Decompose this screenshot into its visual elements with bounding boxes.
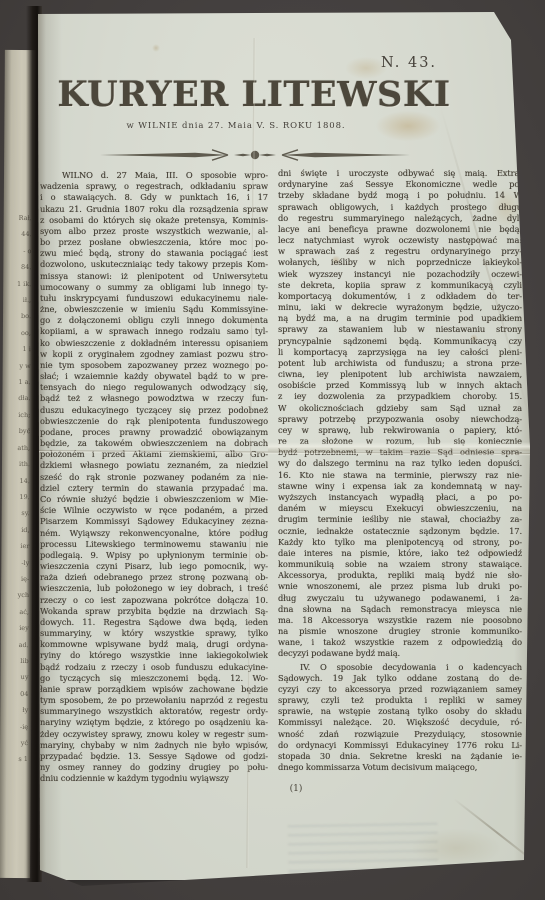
text-line: sześć do rąk stronie pozwaney podaném za… xyxy=(40,472,268,483)
text-line: Każdy kto tylko ma plenipotencyą od stro… xyxy=(278,537,522,548)
text-line: lacye ani beneficya prawne dozwolonemi n… xyxy=(278,224,522,235)
text-line: kommunikuią sobie na wzaiem strony stawa… xyxy=(278,559,522,570)
text-line: daie interes na pismie, które, iako też … xyxy=(278,548,522,559)
text-line: z iey dozwolenia za przypadkiem choroby.… xyxy=(278,391,522,402)
text-line: będzie, za takowém obwieszczeniem na dob… xyxy=(40,438,268,449)
text-line: dna słowna na Sądach remonstracya mieysc… xyxy=(278,604,522,615)
text-line: tensyach do niego regulowanych odwodzący… xyxy=(40,382,268,393)
text-line: wieszczenia czyni Pisarz, lub iego pomoc… xyxy=(40,561,268,572)
dateline: w WILNIE dnia 27. Maia V. S. ROKU 1808. xyxy=(36,121,436,131)
text-line: w sprawach zaś z regestru ordynaryinego … xyxy=(278,246,522,257)
text-line: podane, proces prawny prowadzić obowiąza… xyxy=(40,427,268,438)
text-line: ną bydź ma, a na drugim terminie pod upa… xyxy=(278,313,522,324)
text-line: i o stawaiących. 8. Gdy w punktach 16, i… xyxy=(40,192,268,203)
photo-background: Rał.44.- o84.1 ik.ił.,bo.oo,1 iy w1 a.dł… xyxy=(0,0,545,900)
issue-number: N. 43. xyxy=(381,55,471,71)
text-line: stopada 30 dnia. Sekretne kreski na żąda… xyxy=(278,751,522,762)
text-line: sprawach obligowych, i każdych prostego … xyxy=(278,202,522,213)
text-line: sprawie, na wstępie zostaną tylko osoby … xyxy=(278,706,522,717)
text-line: potent lub archiwista od funduszu; a str… xyxy=(278,358,522,369)
text-line: podlegaią. 9. Wpisy po upłynionym termin… xyxy=(40,550,268,561)
text-line: missya stanowi: iż plenipotent od Uniwer… xyxy=(40,271,268,282)
text-line: yć xyxy=(2,735,28,752)
text-line: summaryiny, w który wszystkie sprawy, ty… xyxy=(40,628,268,639)
text-line: z osobami do których się okaże pretensya… xyxy=(40,215,268,226)
text-line: summaryinego wszystkich aktoratów, reges… xyxy=(40,706,268,717)
text-line: go tyczących się mieszczonemi będą. 12. … xyxy=(40,673,268,684)
text-line: w kopii z oryginałem zgodney zamiast poz… xyxy=(40,349,268,360)
text-line: słać; i wzaiemnie każdy obywatel bądź to… xyxy=(40,371,268,382)
text-line: 04 xyxy=(2,686,28,703)
text-line: dzkiemi własnego powiatu zeznaném, za ni… xyxy=(40,460,268,471)
text-line: s 1 xyxy=(2,751,28,768)
text-line: Co równie służyć będzie i obwieszczeniom… xyxy=(40,494,268,505)
text-line: Akcessorya, produkta, repliki maią bydź … xyxy=(278,570,522,581)
text-line: Kommissyi należące. 20. Większość decydu… xyxy=(278,717,522,728)
text-line: bo przez posłane obwieszczenia, które mo… xyxy=(40,237,268,248)
text-line: -ię xyxy=(2,718,28,735)
text-line: IV. O sposobie decydowania i o kadencyac… xyxy=(278,662,522,673)
text-line: go z dołączonemi obligu czyli innego dok… xyxy=(40,315,268,326)
text-line: ste dekreta, kopiia spraw z kommunikacyą… xyxy=(278,280,522,291)
text-line: decyzyi podawane bydź maią. xyxy=(278,648,522,659)
text-line: WILNO d. 27 Maia, III. O sposobie wpro- xyxy=(40,170,268,181)
text-line: wnie wnoszonemi, ale przez pisma lub dru… xyxy=(278,581,522,592)
text-line: kopiiami, a w sprawach innego rodzaiu sa… xyxy=(40,326,268,337)
text-line: bądź też z własnego powodztwa w rzeczy f… xyxy=(40,393,268,404)
text-line: ły xyxy=(2,702,28,719)
text-line: syom albo przez proste wszystkich wezwan… xyxy=(40,226,268,237)
left-column: WILNO d. 27 Maia, III. O sposobie wpro-w… xyxy=(40,168,268,784)
repaired-tear xyxy=(268,442,530,452)
text-line: dniu codziennie w każdym tygodniu wyiąws… xyxy=(40,773,268,784)
text-line: rzeczy o co iest zapozwana pokrótce dołą… xyxy=(40,595,268,606)
page-signature: (1) xyxy=(266,784,326,794)
divider-ornament xyxy=(100,148,410,162)
text-line: trzeby składane bydź mogą i po południu.… xyxy=(278,190,522,201)
text-line: wane, i takoż wszystkie razem z odpowied… xyxy=(278,637,522,648)
text-line: łanie spraw porządkiem wpisów zachowane … xyxy=(40,684,268,695)
article-body: WILNO d. 27 Maia, III. O sposobie wpro-w… xyxy=(40,168,522,784)
text-line: sprawy potrzebę przypozwania osoby niewc… xyxy=(278,414,522,425)
text-line: ny osmey ranney do godziny drugiey po po… xyxy=(40,762,268,773)
text-line: umocowany o summy za obligami lub innego… xyxy=(40,282,268,293)
text-line: li komportacyą zaprzysięga na iey całośc… xyxy=(278,347,522,358)
text-line: uy xyxy=(2,669,28,686)
text-line: daném w mieyscu Exekucyi obwieszczeniu, … xyxy=(278,503,522,514)
text-line: komportacyą dokumentów, i z odkładem do … xyxy=(278,291,522,302)
text-line: kommowne wpisywane bydź maią, drugi ordy… xyxy=(40,639,268,650)
text-line: ko obwieszczenie z dokładném interessu o… xyxy=(40,338,268,349)
text-line: tułu inskrypcyami funduszowi edukacyinem… xyxy=(40,293,268,304)
text-line: pryncypalnie sądzonemi będą. Kommunikacy… xyxy=(278,336,522,347)
text-line: do regestru summaryinego należących, żad… xyxy=(278,213,522,224)
text-line: wieszczenia, lub położonego w iey dobrac… xyxy=(40,583,268,594)
text-line: minu, iaki w dekrecie wyrażonym będzie, … xyxy=(278,302,522,313)
text-line: ad. xyxy=(3,636,29,653)
text-line: dni święte i uroczyste odbywać się maią.… xyxy=(278,168,522,179)
text-line: bądź rodzaiu z rzeczy i osob funduszu ed… xyxy=(40,662,268,673)
text-line: cey w sprawę, lub rekwirowania o papiery… xyxy=(278,425,522,436)
text-line: ma. 18 Akcessorya wszystkie razem nie po… xyxy=(278,615,522,626)
text-line: wność zdań rozwiązuie Prezyduiący, stoso… xyxy=(278,729,522,740)
text-line: naryiny wziętym będzie, z którego po osą… xyxy=(40,717,268,728)
text-line: osobiście przed Kommissyą lub w innych a… xyxy=(278,380,522,391)
text-line: lib xyxy=(3,653,29,670)
text-line: sprawy za stawaniem lub w niestawaniu st… xyxy=(278,324,522,335)
text-line: żdey oczywistey sprawy, znowu koley w re… xyxy=(40,729,268,740)
text-line: maryiny, chybaby w nim żadnych nie było … xyxy=(40,740,268,751)
text-line: wadzenia sprawy, o regestrach, odkładani… xyxy=(40,181,268,192)
text-line: ryiny do którego wszystkie inne iakiegok… xyxy=(40,650,268,661)
text-line: żne, obwieszczenie w imieniu Sądu Kommis… xyxy=(40,304,268,315)
text-line: wy do dalszego terminu na raz tylko iede… xyxy=(278,458,522,469)
text-line: dług zwyczaiu tu używanego podawanemi, i… xyxy=(278,593,522,604)
text-line: tym sposobem, że po przewołaniu naprzód … xyxy=(40,695,268,706)
text-line: przypadać będzie. 13. Sessye Sądowe od g… xyxy=(40,751,268,762)
text-line: 16. Kto nie stawa na terminie, pierwszy … xyxy=(278,470,522,481)
text-line: wyższych instancyach wypadłą płaci, a po… xyxy=(278,492,522,503)
text-line: Pisarzem Kommissyi Sądowey Edukacyiney z… xyxy=(40,516,268,527)
text-line: Wokanda spraw przybita będzie na drzwiac… xyxy=(40,606,268,617)
text-line: obwieszczenie do rąk plenipotenta fundus… xyxy=(40,416,268,427)
text-line: ocznie, iednakże ostatecznie sądzonym bę… xyxy=(278,526,522,537)
text-line: do ordynacyi Kommissyi Edukacyiney 1776 … xyxy=(278,740,522,751)
text-line: sprawy, czyli też produkta i repliki w s… xyxy=(278,695,522,706)
bleed-through-text-ghost xyxy=(288,823,439,878)
text-line: stawne winy i expensa iak za kondemnatą … xyxy=(278,481,522,492)
text-line: dowych. 11. Regestra Sądowe dwa będą, ie… xyxy=(40,617,268,628)
text-line: W okolicznościach gdzieby sam Sąd uznał … xyxy=(278,403,522,414)
text-line: zwu mieć będą, strony do stawania pociąg… xyxy=(40,248,268,259)
text-line: dozwolono, uskuteczniaiąc tedy takowy pr… xyxy=(40,259,268,270)
diagonal-crease-bottom-right xyxy=(453,798,541,867)
text-line: drugim terminie ieśliby nie stawał, choc… xyxy=(278,514,522,525)
text-line: raża dzień odebranego przez stronę pozwa… xyxy=(40,572,268,583)
text-line: cyzyi czy to akcessorya przed rozwiązani… xyxy=(278,684,522,695)
text-line: duszu edukacyinego tyczącey się przez po… xyxy=(40,405,268,416)
text-line: dnego kommissarza Votum decisivum maiące… xyxy=(278,762,522,773)
text-line: na pismie wnoszone drugiey stronie kommu… xyxy=(278,626,522,637)
newspaper-page: N. 43. KURYER LITEWSKI w WILNIE dnia 27.… xyxy=(36,8,532,880)
text-line: iey xyxy=(3,620,29,637)
text-line: nie tym sposobem zapozwaney przez wozneg… xyxy=(40,360,268,371)
text-line: ście Wilnie oczywisto w ręce podaném, a … xyxy=(40,505,268,516)
text-line: ukazu 21. Grudnia 1807 roku dla rozsądze… xyxy=(40,204,268,215)
text-line: Sądowych. 19 Jak tylko oddane zostaną do… xyxy=(278,673,522,684)
text-line: processu Litewskiego terminowemu stawani… xyxy=(40,539,268,550)
text-line: ciwna, iey plenipotent lub archiwista na… xyxy=(278,369,522,380)
text-line: ordynaryine zaś Sessye Ekonomiczne wedle… xyxy=(278,179,522,190)
text-line: ném. Wyiąwszy rekonwencyonalne, które po… xyxy=(40,528,268,539)
text-line: lecz natychmiast wyrok oczewisty następo… xyxy=(278,235,522,246)
text-line: dziel cztery termin do stawania przypada… xyxy=(40,483,268,494)
